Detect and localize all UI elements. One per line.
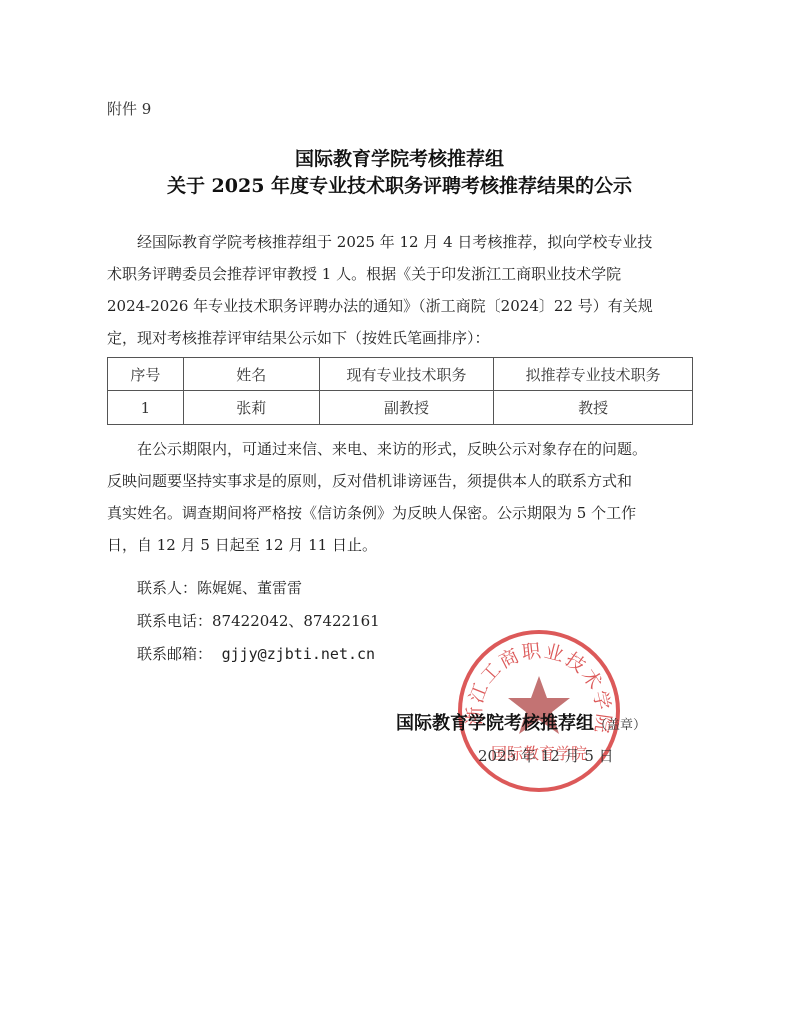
- contact-person: 联系人：陈娓娓、董雷雷: [137, 577, 302, 598]
- seal-note: （盖章）: [594, 718, 646, 733]
- notice-line: 反映问题要坚持实事求是的原则，反对借机诽谤诬告，须提供本人的联系方式和: [107, 465, 697, 497]
- cell-index: 1: [108, 391, 184, 425]
- notice-line: 在公示期限内，可通过来信、来电、来访的形式，反映公示对象存在的问题。: [107, 433, 697, 465]
- intro-line: 定，现对考核推荐评审结果公示如下（按姓氏笔画排序）：: [107, 322, 697, 354]
- title-line-2: 关于 2025 年度专业技术职务评聘考核推荐结果的公示: [0, 171, 799, 198]
- cell-recommended-title: 教授: [494, 391, 693, 425]
- table-header-row: 序号 姓名 现有专业技术职务 拟推荐专业技术职务: [108, 358, 693, 391]
- intro-line: 经国际教育学院考核推荐组于 2025 年 12 月 4 日考核推荐，拟向学校专业…: [107, 226, 697, 258]
- notice-paragraph: 在公示期限内，可通过来信、来电、来访的形式，反映公示对象存在的问题。 反映问题要…: [107, 433, 697, 561]
- signature-org: 国际教育学院考核推荐组: [396, 713, 594, 734]
- contact-email-value[interactable]: gjjy@zjbti.net.cn: [222, 645, 376, 663]
- result-table: 序号 姓名 现有专业技术职务 拟推荐专业技术职务 1 张莉 副教授 教授: [107, 357, 693, 425]
- header-cell-recommended-title: 拟推荐专业技术职务: [494, 358, 693, 391]
- notice-line: 日，自 12 月 5 日起至 12 月 11 日止。: [107, 529, 697, 561]
- header-cell-current-title: 现有专业技术职务: [319, 358, 494, 391]
- cell-current-title: 副教授: [319, 391, 494, 425]
- header-cell-index: 序号: [108, 358, 184, 391]
- intro-line: 2024-2026 年专业技术职务评聘办法的通知》（浙工商院〔2024〕22 号…: [107, 290, 697, 322]
- contact-phone-value: 87422042、87422161: [212, 612, 380, 630]
- attachment-label: 附件 9: [107, 98, 151, 119]
- signature-date: 2025 年 12 月 5 日: [478, 745, 614, 766]
- intro-line: 术职务评聘委员会推荐评审教授 1 人。根据《关于印发浙江工商职业技术学院: [107, 258, 697, 290]
- contact-person-label: 联系人：: [137, 579, 197, 597]
- contact-phone: 联系电话：87422042、87422161: [137, 610, 380, 631]
- title-line-1: 国际教育学院考核推荐组: [0, 144, 799, 171]
- contact-person-value: 陈娓娓、董雷雷: [197, 579, 302, 597]
- signature-block: 国际教育学院考核推荐组（盖章）: [396, 709, 646, 735]
- intro-paragraph: 经国际教育学院考核推荐组于 2025 年 12 月 4 日考核推荐，拟向学校专业…: [107, 226, 697, 354]
- table-row: 1 张莉 副教授 教授: [108, 391, 693, 425]
- notice-line: 真实姓名。调查期间将严格按《信访条例》为反映人保密。公示期限为 5 个工作: [107, 497, 697, 529]
- cell-name: 张莉: [183, 391, 319, 425]
- contact-email-label: 联系邮箱：: [137, 645, 212, 663]
- contact-email: 联系邮箱： gjjy@zjbti.net.cn: [137, 643, 375, 664]
- contact-phone-label: 联系电话：: [137, 612, 212, 630]
- header-cell-name: 姓名: [183, 358, 319, 391]
